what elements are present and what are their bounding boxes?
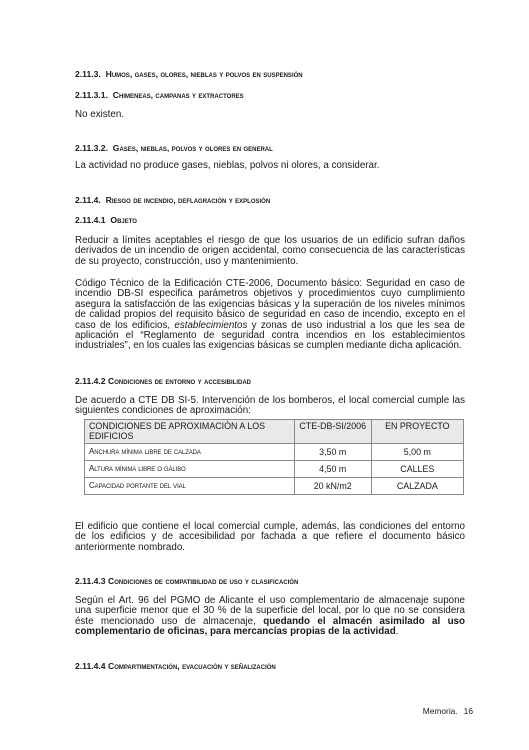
heading-title: umos, gases, olores, nieblas y polvos en… (112, 69, 303, 79)
paragraph-compatibilidad: Según el Art. 96 del PGMO de Alicante el… (75, 596, 465, 638)
paragraph-no-existen: No existen. (75, 110, 465, 120)
heading-number: 2.11.4.2 (75, 376, 106, 386)
table-row: Altura mínima libre o gálibo 4,50 m CALL… (85, 461, 464, 478)
table-cell: 3,50 m (294, 444, 371, 461)
heading-number: 2.11.4.3 (75, 576, 106, 586)
table-cell: Altura mínima libre o gálibo (85, 461, 295, 478)
heading-title: ondiciones de compatibilidad de uso y cl… (114, 576, 298, 586)
paragraph-entorno: El edificio que contiene el local comerc… (75, 522, 465, 553)
table-cell: Anchura mínima libre de calzada (85, 444, 295, 461)
heading-2-11-4-1: 2.11.4.1 Objeto (75, 215, 137, 225)
heading-2-11-4-4: 2.11.4.4 Compartimentación, evacuación y… (75, 661, 276, 671)
paragraph-intro-table: De acuerdo a CTE DB SI-5. Intervención d… (75, 396, 465, 417)
heading-number: 2.11.3.1. (75, 90, 108, 100)
heading-number: 2.11.3.2. (75, 143, 108, 153)
heading-title: ompartimentación, evacuación y señalizac… (114, 661, 276, 671)
table-header-row: CONDICIONES DE APROXIMACIÓN A LOS EDIFIC… (85, 420, 464, 444)
heading-number: 2.11.4.4 (75, 661, 106, 671)
heading-2-11-4-2: 2.11.4.2 Condiciones de entorno y accesi… (75, 376, 251, 386)
table-cell: 20 kN/m2 (294, 478, 371, 495)
table-cell: 5,00 m (371, 444, 463, 461)
table-row: Anchura mínima libre de calzada 3,50 m 5… (85, 444, 464, 461)
heading-title: ases, nieblas, polvos y olores en genera… (119, 143, 272, 153)
page-number: 16 (464, 706, 473, 716)
heading-number: 2.11.3. (75, 69, 101, 79)
paragraph-italic: establecimientos (174, 320, 247, 331)
heading-number: 2.11.4.1 (75, 215, 106, 225)
table-row: Capacidad portante del vial 20 kN/m2 CAL… (85, 478, 464, 495)
paragraph-objeto: Reducir a límites aceptables el riesgo d… (75, 236, 465, 267)
table-header-cell: CTE-DB-SI/2006 (294, 420, 371, 444)
heading-2-11-4-3: 2.11.4.3 Condiciones de compatibilidad d… (75, 576, 298, 586)
heading-title: bjeto (117, 215, 137, 225)
table-cell: 4,50 m (294, 461, 371, 478)
paragraph-cte: Código Técnico de la Edificación CTE-200… (75, 279, 465, 352)
heading-2-11-3: 2.11.3. Humos, gases, olores, nieblas y … (75, 69, 303, 79)
heading-2-11-3-1: 2.11.3.1. Chimeneas, campanas y extracto… (75, 90, 244, 100)
paragraph-gases: La actividad no produce gases, nieblas, … (75, 161, 465, 171)
footer-label: Memoria. (423, 706, 458, 716)
document-page: 2.11.3. Humos, gases, olores, nieblas y … (0, 0, 529, 750)
table-cell: CALLES (371, 461, 463, 478)
heading-number: 2.11.4. (75, 195, 101, 205)
heading-2-11-4: 2.11.4. Riesgo de incendio, deflagración… (75, 195, 270, 205)
paragraph-text: . (396, 626, 399, 637)
heading-title: ondiciones de entorno y accesibilidad (114, 376, 251, 386)
heading-2-11-3-2: 2.11.3.2. Gases, nieblas, polvos y olore… (75, 143, 273, 153)
table-header-cell: EN PROYECTO (371, 420, 463, 444)
heading-title: iesgo de incendio, deflagración y explos… (112, 195, 270, 205)
table-header-cell: CONDICIONES DE APROXIMACIÓN A LOS EDIFIC… (85, 420, 295, 444)
approximation-conditions-table: CONDICIONES DE APROXIMACIÓN A LOS EDIFIC… (84, 419, 464, 495)
heading-title: himeneas, campanas y extractores (119, 90, 244, 100)
table-cell: Capacidad portante del vial (85, 478, 295, 495)
page-footer: Memoria.16 (423, 706, 473, 716)
table-cell: CALZADA (371, 478, 463, 495)
